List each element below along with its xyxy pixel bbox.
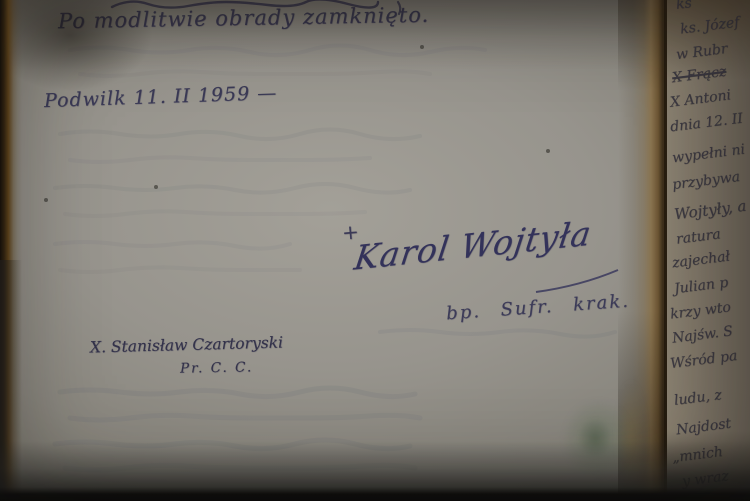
manuscript-photo: Po modlitwie obrady zamknięto. Podwilk 1… (0, 0, 750, 501)
photo-vignette (0, 0, 750, 501)
